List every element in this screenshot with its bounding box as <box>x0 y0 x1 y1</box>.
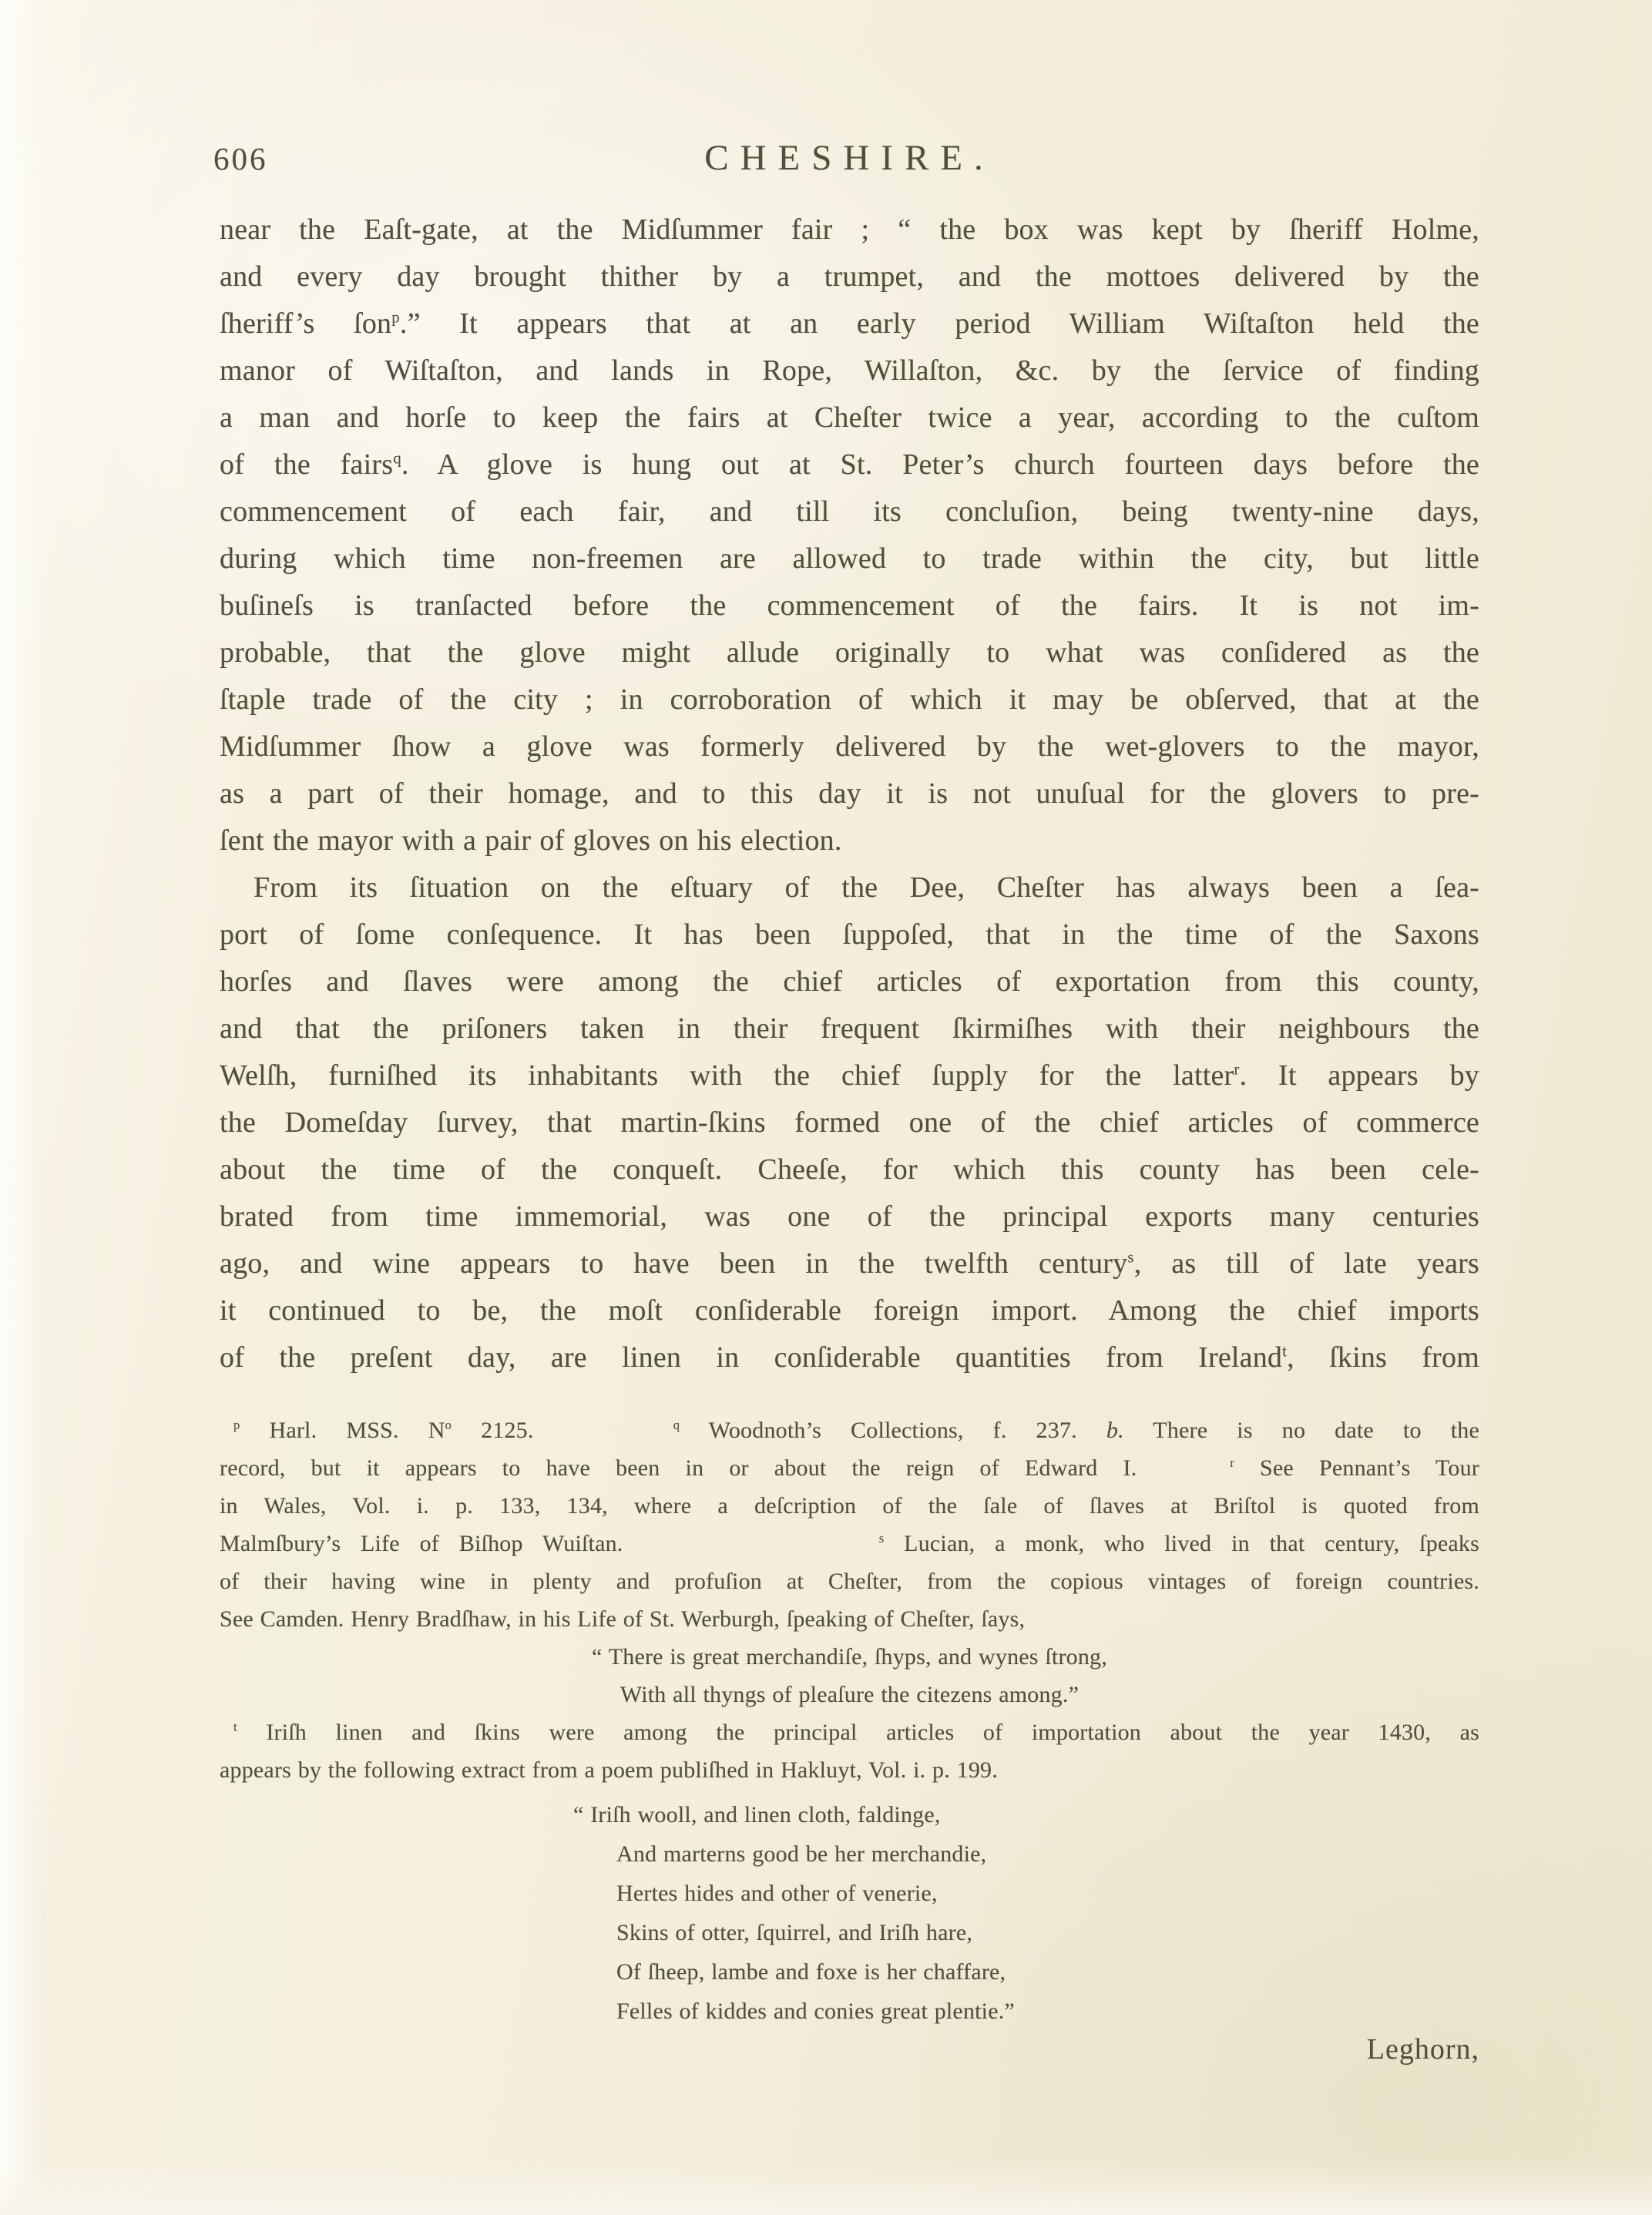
body-text-line: and that the priſoners taken in their fr… <box>220 1005 1479 1052</box>
footnote-verse-quote: “ There is great merchandiſe, ſhyps, and… <box>220 1638 1479 1713</box>
footnote-line: t Iriſh linen and ſkins were among the p… <box>220 1713 1479 1751</box>
body-paragraph-2: From its ſituation on the eſtuary of the… <box>220 864 1479 1381</box>
body-text-line: horſes and ſlaves were among the chief a… <box>220 958 1479 1005</box>
footnote-line: See Camden. Henry Bradſhaw, in his Life … <box>220 1600 1479 1638</box>
poem-line: “ Iriſh wooll, and linen cloth, faldinge… <box>616 1795 1479 1834</box>
body-text-line: it continued to be, the moſt conſiderabl… <box>220 1287 1479 1334</box>
footnote-quote-line: “ There is great merchandiſe, ſhyps, and… <box>220 1638 1479 1676</box>
body-text-line: probable, that the glove might allude or… <box>220 629 1479 676</box>
body-text-line: as a part of their homage, and to this d… <box>220 770 1479 817</box>
footnote-line: Malmſbury’s Life of Biſhop Wuiſtan. s Lu… <box>220 1525 1479 1562</box>
poem-line: Of ſheep, lambe and foxe is her chaffare… <box>616 1952 1479 1992</box>
footnote-block-1: p Harl. MSS. No 2125. q Woodnoth’s Colle… <box>220 1411 1479 1638</box>
footnote-line: appears by the following extract from a … <box>220 1751 1479 1789</box>
body-text-line: Midſummer ſhow a glove was formerly deli… <box>220 723 1479 770</box>
body-text-line: manor of Wiſtaſton, and lands in Rope, W… <box>220 347 1479 394</box>
poem-line: And marterns good be her merchandie, <box>616 1834 1479 1874</box>
footnote-block-2: t Iriſh linen and ſkins were among the p… <box>220 1713 1479 1789</box>
body-text-line: ſtaple trade of the city ; in corroborat… <box>220 676 1479 723</box>
book-page: 606 CHESHIRE. near the Eaſt-gate, at the… <box>0 0 1652 2215</box>
footnote-line: record, but it appears to have been in o… <box>220 1449 1479 1487</box>
body-text-line: a man and horſe to keep the fairs at Che… <box>220 394 1479 441</box>
body-text-line: of the fairsq. A glove is hung out at St… <box>220 441 1479 488</box>
body-text-line: brated from time immemorial, was one of … <box>220 1193 1479 1240</box>
body-text-line: ſent the mayor with a pair of gloves on … <box>220 817 1479 864</box>
body-text-line: the Domeſday ſurvey, that martin-ſkins f… <box>220 1099 1479 1146</box>
poem-line: Felles of kiddes and conies great plenti… <box>616 1992 1479 2031</box>
body-text-line: port of ſome conſequence. It has been ſu… <box>220 911 1479 958</box>
body-text-line: buſineſs is tranſacted before the commen… <box>220 582 1479 629</box>
poem-line: Skins of otter, ſquirrel, and Iriſh hare… <box>616 1913 1479 1952</box>
body-text-line: ſheriff’s ſonp.” It appears that at an e… <box>220 300 1479 347</box>
running-title: CHESHIRE. <box>220 137 1479 179</box>
body-text-line: From its ſituation on the eſtuary of the… <box>220 864 1479 911</box>
footnote-line: in Wales, Vol. i. p. 133, 134, where a d… <box>220 1487 1479 1525</box>
footnote-quote-line: With all thyngs of pleaſure the citezens… <box>220 1676 1479 1713</box>
body-text-line: near the Eaſt-gate, at the Midſummer fai… <box>220 206 1479 253</box>
catchword: Leghorn, <box>220 2032 1479 2066</box>
body-text-line: Welſh, furniſhed its inhabitants with th… <box>220 1052 1479 1099</box>
page-header: 606 CHESHIRE. <box>220 137 1479 177</box>
footnote-line: p Harl. MSS. No 2125. q Woodnoth’s Colle… <box>220 1411 1479 1449</box>
body-text-line: of the preſent day, are linen in conſide… <box>220 1334 1479 1381</box>
body-text-line: during which time non-freemen are allowe… <box>220 535 1479 582</box>
body-text-line: and every day brought thither by a trump… <box>220 253 1479 300</box>
body-text-line: about the time of the conqueſt. Cheeſe, … <box>220 1146 1479 1193</box>
body-text-line: ago, and wine appears to have been in th… <box>220 1240 1479 1287</box>
body-paragraph-1: near the Eaſt-gate, at the Midſummer fai… <box>220 206 1479 864</box>
body-text-line: commencement of each fair, and till its … <box>220 488 1479 535</box>
footnote-poem: “ Iriſh wooll, and linen cloth, faldinge… <box>616 1795 1479 2031</box>
footnote-line: of their having wine in plenty and profu… <box>220 1562 1479 1600</box>
footnotes-section: p Harl. MSS. No 2125. q Woodnoth’s Colle… <box>220 1411 1479 2031</box>
page-number: 606 <box>213 140 268 177</box>
poem-line: Hertes hides and other of venerie, <box>616 1874 1479 1913</box>
main-text-column: near the Eaſt-gate, at the Midſummer fai… <box>220 206 1479 1381</box>
